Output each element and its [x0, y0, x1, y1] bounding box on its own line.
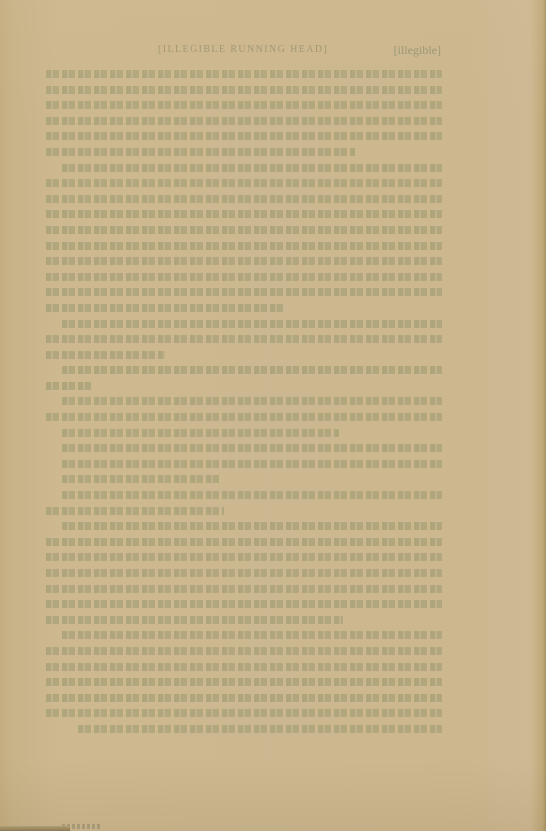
line-text: [illegible]	[46, 534, 442, 550]
text-line: [illegible]	[46, 331, 442, 347]
line-text: [illegible]	[46, 113, 442, 129]
line-text: [illegible]	[46, 425, 442, 441]
line-text: [illegible]	[46, 440, 442, 456]
page-number: [illegible]	[394, 43, 441, 58]
line-text: [illegible]	[46, 393, 442, 409]
text-line: [illegible]	[46, 456, 442, 472]
line-text: [illegible]	[46, 300, 442, 316]
line-text: [illegible]	[46, 97, 442, 113]
text-line: [illegible]	[46, 690, 442, 706]
text-line: [illegible]	[46, 612, 442, 628]
text-line: [illegible]	[46, 284, 442, 300]
line-text: [illegible]	[46, 128, 442, 144]
text-line: [illegible]	[46, 97, 442, 113]
line-text: [illegible]	[46, 487, 442, 503]
line-text: [illegible]	[46, 238, 442, 254]
line-text: [illegible]	[46, 456, 442, 472]
text-line: [illegible]	[46, 253, 442, 269]
text-line: [illegible]	[46, 705, 442, 721]
line-text: [illegible]	[46, 518, 442, 534]
page-header: [illegible running head] [illegible]	[46, 44, 441, 58]
line-text: [illegible]	[46, 596, 442, 612]
page-edge-shadow	[0, 826, 70, 831]
line-text: [illegible]	[46, 471, 442, 487]
line-text: [illegible]	[46, 175, 442, 191]
line-text: [illegible]	[46, 222, 442, 238]
line-text: [illegible]	[46, 316, 442, 332]
body-text: [illegible][illegible][illegible][illegi…	[46, 66, 442, 737]
line-text: [illegible]	[46, 503, 442, 519]
line-text: [illegible]	[46, 331, 442, 347]
text-line: [illegible]	[46, 721, 442, 737]
text-line: [illegible]	[46, 175, 442, 191]
line-text: [illegible]	[46, 627, 442, 643]
text-line: [illegible]	[46, 659, 442, 675]
scanned-page: [illegible running head] [illegible] [il…	[0, 0, 546, 831]
line-text: [illegible]	[46, 269, 442, 285]
text-line: [illegible]	[46, 409, 442, 425]
line-text: [illegible]	[46, 347, 442, 363]
line-text: [illegible]	[46, 82, 442, 98]
text-line: [illegible]	[46, 206, 442, 222]
text-line: [illegible]	[46, 627, 442, 643]
text-line: [illegible]	[46, 144, 442, 160]
text-line: [illegible]	[46, 393, 442, 409]
text-line: [illegible]	[46, 503, 442, 519]
line-text: [illegible]	[46, 144, 442, 160]
line-text: [illegible]	[46, 362, 442, 378]
text-line: [illegible]	[46, 82, 442, 98]
text-line: [illegible]	[46, 440, 442, 456]
text-line: [illegible]	[46, 549, 442, 565]
text-line: [illegible]	[46, 269, 442, 285]
text-line: [illegible]	[46, 238, 442, 254]
text-line: [illegible]	[46, 128, 442, 144]
text-line: [illegible]	[46, 66, 442, 82]
line-text: [illegible]	[46, 659, 442, 675]
line-text: [illegible]	[46, 612, 442, 628]
text-line: [illegible]	[46, 425, 442, 441]
line-text: [illegible]	[46, 674, 442, 690]
line-text: [illegible]	[46, 378, 442, 394]
text-line: [illegible]	[46, 565, 442, 581]
line-text: [illegible]	[46, 206, 442, 222]
line-text: [illegible]	[46, 549, 442, 565]
text-line: [illegible]	[46, 674, 442, 690]
text-line: [illegible]	[46, 487, 442, 503]
line-text: [illegible]	[46, 581, 442, 597]
text-line: [illegible]	[46, 596, 442, 612]
text-line: [illegible]	[46, 300, 442, 316]
line-text: [illegible]	[46, 721, 442, 737]
line-text: [illegible]	[46, 191, 442, 207]
text-line: [illegible]	[46, 222, 442, 238]
text-line: [illegible]	[46, 347, 442, 363]
text-line: [illegible]	[46, 160, 442, 176]
text-line: [illegible]	[46, 191, 442, 207]
line-text: [illegible]	[46, 565, 442, 581]
text-line: [illegible]	[46, 362, 442, 378]
line-text: [illegible]	[46, 284, 442, 300]
line-text: [illegible]	[46, 643, 442, 659]
line-text: [illegible]	[46, 160, 442, 176]
text-line: [illegible]	[46, 316, 442, 332]
line-text: [illegible]	[46, 409, 442, 425]
line-text: [illegible]	[46, 253, 442, 269]
text-line: [illegible]	[46, 378, 442, 394]
line-text: [illegible]	[46, 690, 442, 706]
text-line: [illegible]	[46, 581, 442, 597]
text-line: [illegible]	[46, 113, 442, 129]
text-line: [illegible]	[46, 534, 442, 550]
text-line: [illegible]	[46, 518, 442, 534]
running-head: [illegible running head]	[158, 44, 348, 55]
text-line: [illegible]	[46, 471, 442, 487]
line-text: [illegible]	[46, 705, 442, 721]
text-line: [illegible]	[46, 643, 442, 659]
line-text: [illegible]	[46, 66, 442, 82]
